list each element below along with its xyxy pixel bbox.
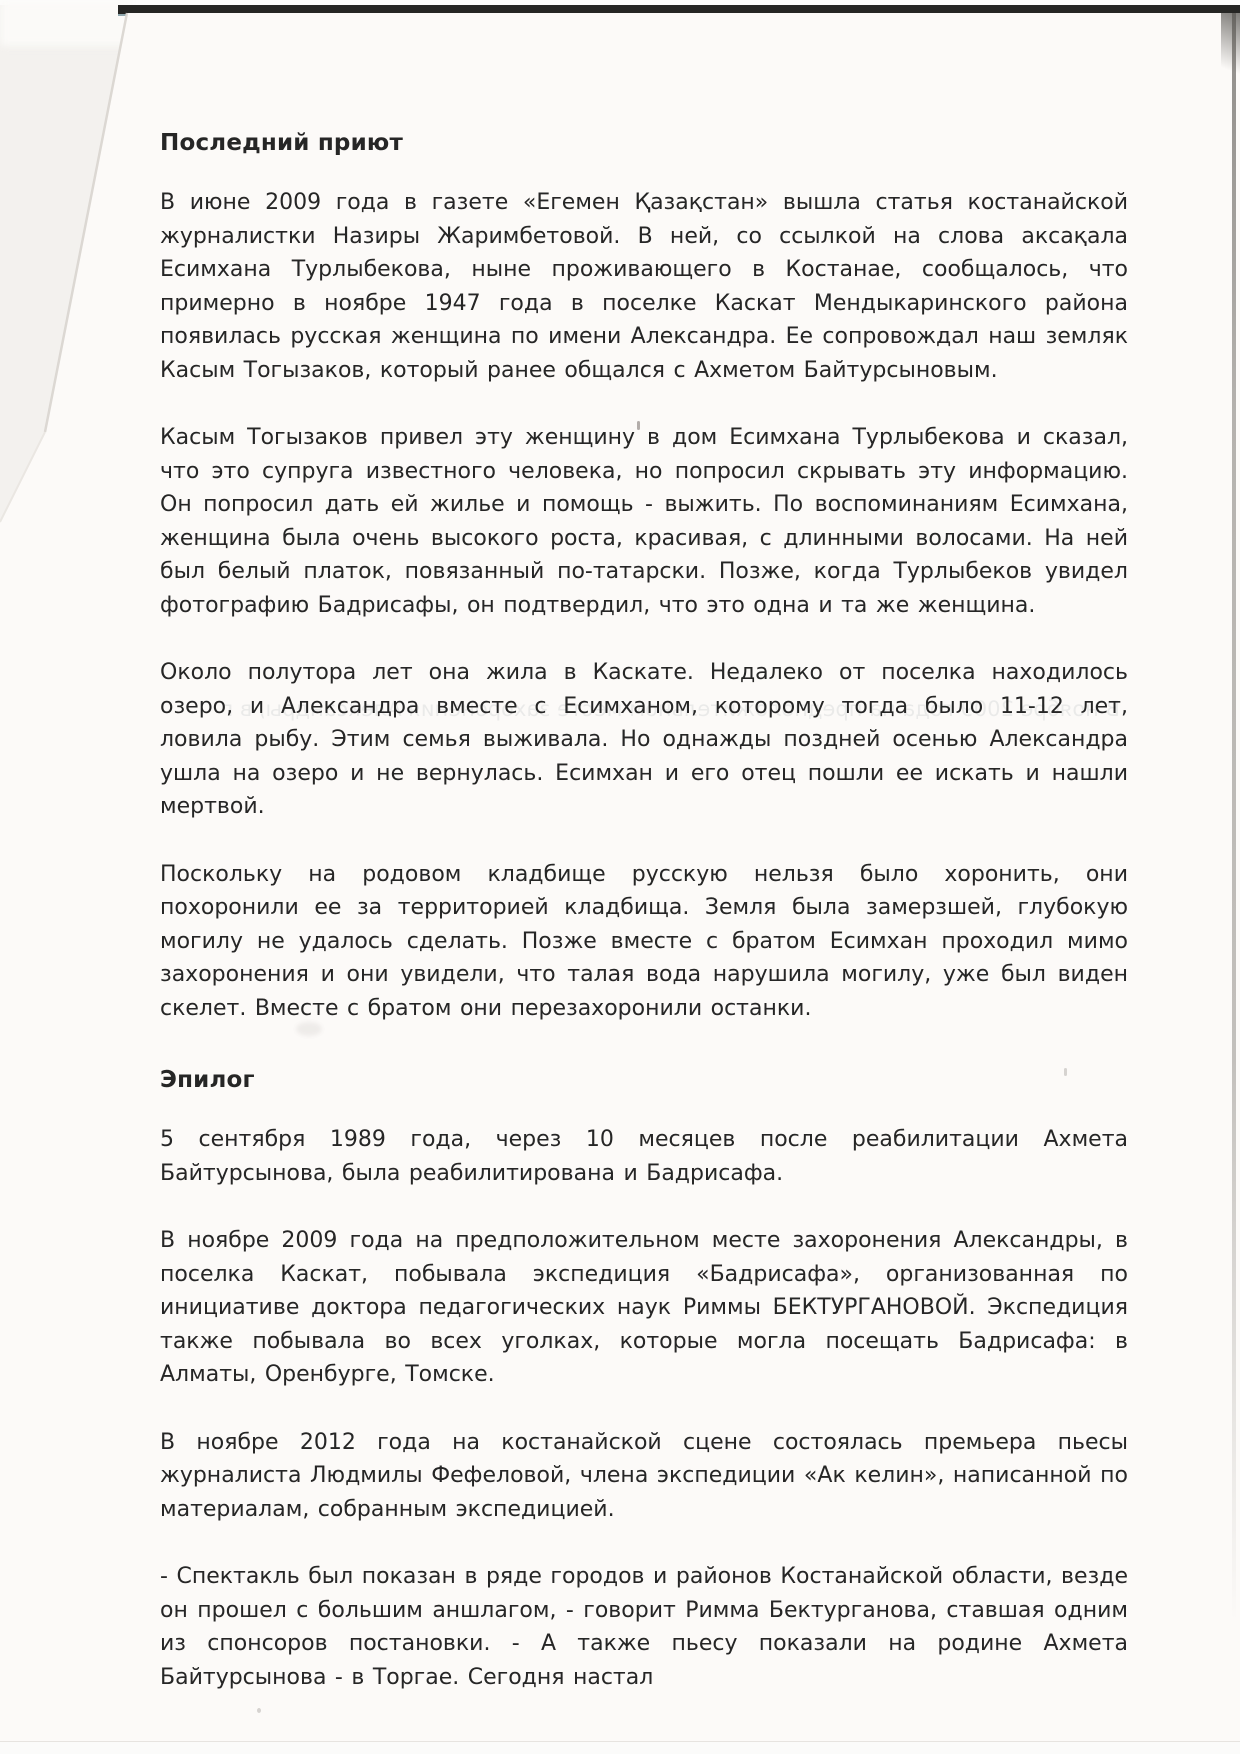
- scan-corner-highlight: [0, 0, 130, 46]
- paragraph: Около полутора лет она жила в Каскате. Н…: [160, 656, 1128, 824]
- section-heading-last-shelter: Последний приют: [160, 130, 1128, 156]
- paragraph: Касым Тогызаков привел эту женщину в дом…: [160, 421, 1128, 622]
- paragraph: В ноябре 2009 года на предположительном …: [160, 1224, 1128, 1392]
- paragraph: 5 сентября 1989 года, через 10 месяцев п…: [160, 1123, 1128, 1190]
- scanner-right-edge-line: [1232, 13, 1236, 1623]
- scan-top-right-shadow: [1221, 13, 1240, 88]
- scanned-document-page: { "document": { "language": "ru", "secti…: [0, 0, 1240, 1754]
- section-heading-epilogue: Эпилог: [160, 1067, 1128, 1093]
- paragraph: - Спектакль был показан в ряде городов и…: [160, 1560, 1128, 1694]
- document-text-column: Последний приют В июне 2009 года в газет…: [160, 130, 1128, 1728]
- paragraph: В июне 2009 года в газете «Егемен Қазақс…: [160, 186, 1128, 387]
- paragraph: В ноябре 2012 года на костанайской сцене…: [160, 1426, 1128, 1527]
- scan-bottom-margin: [0, 1741, 1240, 1754]
- paragraph: Поскольку на родовом кладбище русскую не…: [160, 858, 1128, 1026]
